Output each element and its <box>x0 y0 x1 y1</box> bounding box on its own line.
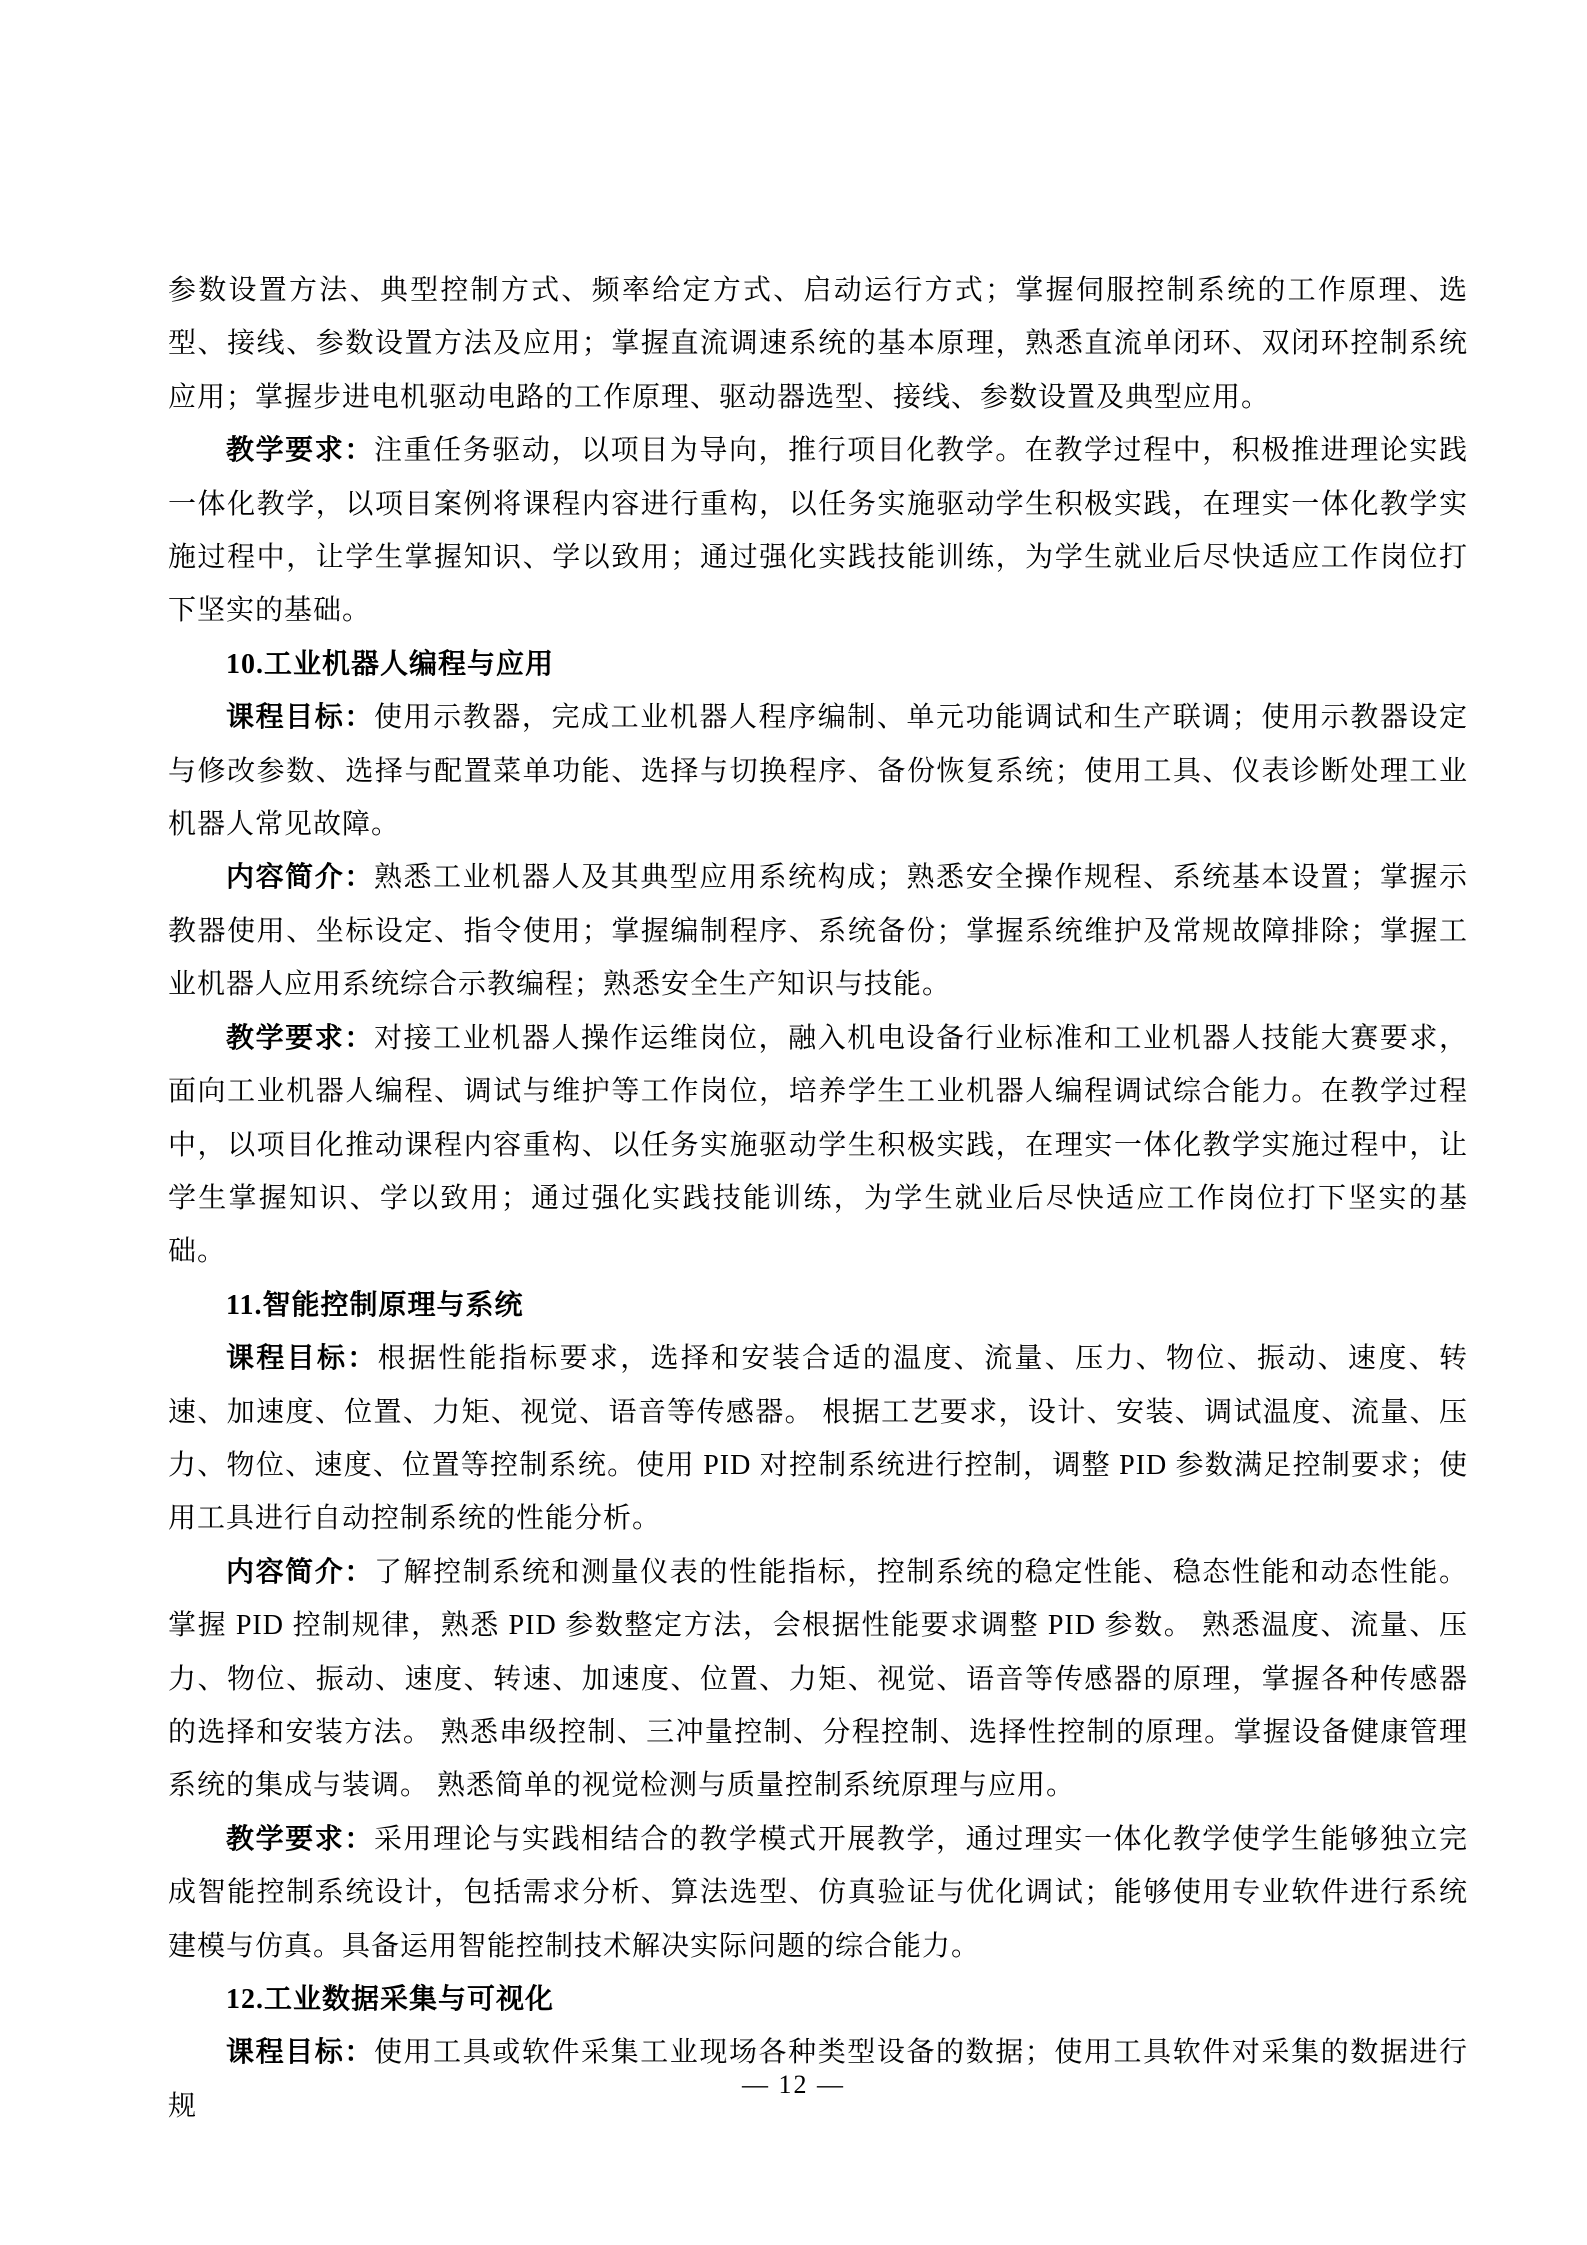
heading-text: 12.工业数据采集与可视化 <box>226 1984 554 2015</box>
paragraph-text: 对接工业机器人操作运维岗位，融入机电设备行业标准和工业机器人技能大赛要求，面向工… <box>168 1023 1468 1268</box>
section-heading-11: 11.智能控制原理与系统 <box>168 1279 1468 1332</box>
paragraph-teaching-requirement-1: 教学要求：注重任务驱动，以项目为导向，推行项目化教学。在教学过程中，积极推进理论… <box>168 424 1468 638</box>
paragraph-label: 课程目标： <box>226 2037 374 2068</box>
document-page: 参数设置方法、典型控制方式、频率给定方式、启动运行方式；掌握伺服控制系统的工作原… <box>0 0 1587 2245</box>
document-body: 参数设置方法、典型控制方式、频率给定方式、启动运行方式；掌握伺服控制系统的工作原… <box>168 264 1468 2133</box>
paragraph-label: 课程目标： <box>226 702 374 733</box>
paragraph-label: 内容简介： <box>226 862 374 893</box>
paragraph-text: 了解控制系统和测量仪表的性能指标，控制系统的稳定性能、稳态性能和动态性能。 掌握… <box>168 1557 1468 1802</box>
paragraph-course-objective-10: 课程目标：使用示教器，完成工业机器人程序编制、单元功能调试和生产联调；使用示教器… <box>168 691 1468 851</box>
page-number: — 12 — <box>0 2068 1587 2102</box>
heading-text: 11.智能控制原理与系统 <box>226 1290 523 1321</box>
paragraph-course-objective-11: 课程目标：根据性能指标要求，选择和安装合适的温度、流量、压力、物位、振动、速度、… <box>168 1332 1468 1546</box>
paragraph-label: 内容简介： <box>226 1557 374 1588</box>
heading-text: 10.工业机器人编程与应用 <box>226 649 554 680</box>
paragraph-label: 课程目标： <box>226 1343 378 1374</box>
paragraph-continuation: 参数设置方法、典型控制方式、频率给定方式、启动运行方式；掌握伺服控制系统的工作原… <box>168 264 1468 424</box>
paragraph-teaching-requirement-10: 教学要求：对接工业机器人操作运维岗位，融入机电设备行业标准和工业机器人技能大赛要… <box>168 1012 1468 1279</box>
paragraph-label: 教学要求： <box>226 435 374 466</box>
paragraph-label: 教学要求： <box>226 1023 374 1054</box>
section-heading-10: 10.工业机器人编程与应用 <box>168 638 1468 691</box>
paragraph-teaching-requirement-11: 教学要求：采用理论与实践相结合的教学模式开展教学，通过理实一体化教学使学生能够独… <box>168 1813 1468 1973</box>
paragraph-text: 参数设置方法、典型控制方式、频率给定方式、启动运行方式；掌握伺服控制系统的工作原… <box>168 275 1468 413</box>
paragraph-label: 教学要求： <box>226 1824 374 1855</box>
section-heading-12: 12.工业数据采集与可视化 <box>168 1973 1468 2026</box>
paragraph-content-intro-10: 内容简介：熟悉工业机器人及其典型应用系统构成；熟悉安全操作规程、系统基本设置；掌… <box>168 851 1468 1011</box>
paragraph-content-intro-11: 内容简介：了解控制系统和测量仪表的性能指标，控制系统的稳定性能、稳态性能和动态性… <box>168 1546 1468 1813</box>
